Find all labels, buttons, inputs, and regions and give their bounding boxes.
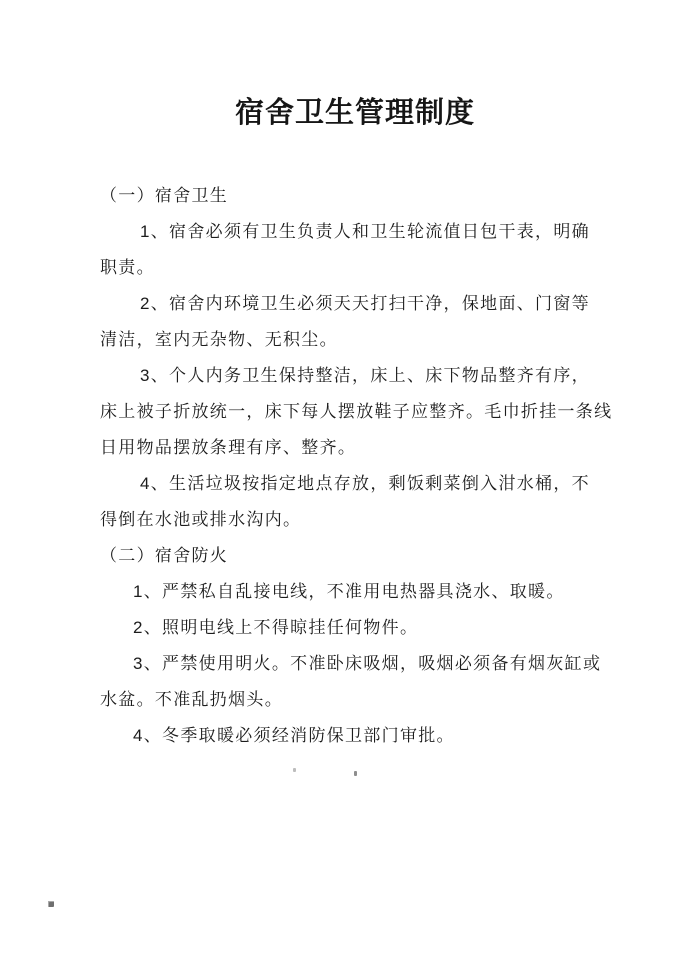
section-2-item-3-line: 水盆。不准乱扔烟头。 <box>100 682 612 718</box>
section-1-item-2-line: 清洁，室内无杂物、无积尘。 <box>100 322 612 358</box>
scan-speck <box>48 901 54 907</box>
section-1-item-4-line: 得倒在水池或排水沟内。 <box>100 502 612 538</box>
section-1-item-1-line: 1、宿舍必须有卫生负责人和卫生轮流值日包干表，明确 <box>100 214 612 250</box>
document-body: （一）宿舍卫生 1、宿舍必须有卫生负责人和卫生轮流值日包干表，明确 职责。 2、… <box>100 178 612 754</box>
section-1-item-2-line: 2、宿舍内环境卫生必须天天打扫干净，保地面、门窗等 <box>100 286 612 322</box>
section-2-item-2-line: 2、照明电线上不得晾挂任何物件。 <box>100 610 612 646</box>
section-1-item-3-line: 床上被子折放统一，床下每人摆放鞋子应整齐。毛巾折挂一条线 <box>100 394 612 430</box>
document-title: 宿舍卫生管理制度 <box>9 90 692 131</box>
section-1-item-4-line: 4、生活垃圾按指定地点存放，剩饭剩菜倒入泔水桶，不 <box>100 466 612 502</box>
scan-speck <box>354 771 357 776</box>
section-2-item-4-line: 4、冬季取暖必须经消防保卫部门审批。 <box>100 718 612 754</box>
section-1-item-1-line: 职责。 <box>100 250 612 286</box>
section-2-item-1-line: 1、严禁私自乱接电线，不准用电热器具浇水、取暖。 <box>100 574 612 610</box>
section-1-item-3-line: 3、个人内务卫生保持整洁，床上、床下物品整齐有序， <box>100 358 612 394</box>
section-2-heading: （二）宿舍防火 <box>100 538 612 574</box>
scan-speck <box>293 768 296 772</box>
section-2-item-3-line: 3、严禁使用明火。不准卧床吸烟，吸烟必须备有烟灰缸或 <box>100 646 612 682</box>
scanned-document-page: 宿舍卫生管理制度 （一）宿舍卫生 1、宿舍必须有卫生负责人和卫生轮流值日包干表，… <box>0 0 692 979</box>
section-1-heading: （一）宿舍卫生 <box>100 178 612 214</box>
section-1-item-3-line: 日用物品摆放条理有序、整齐。 <box>100 430 612 466</box>
